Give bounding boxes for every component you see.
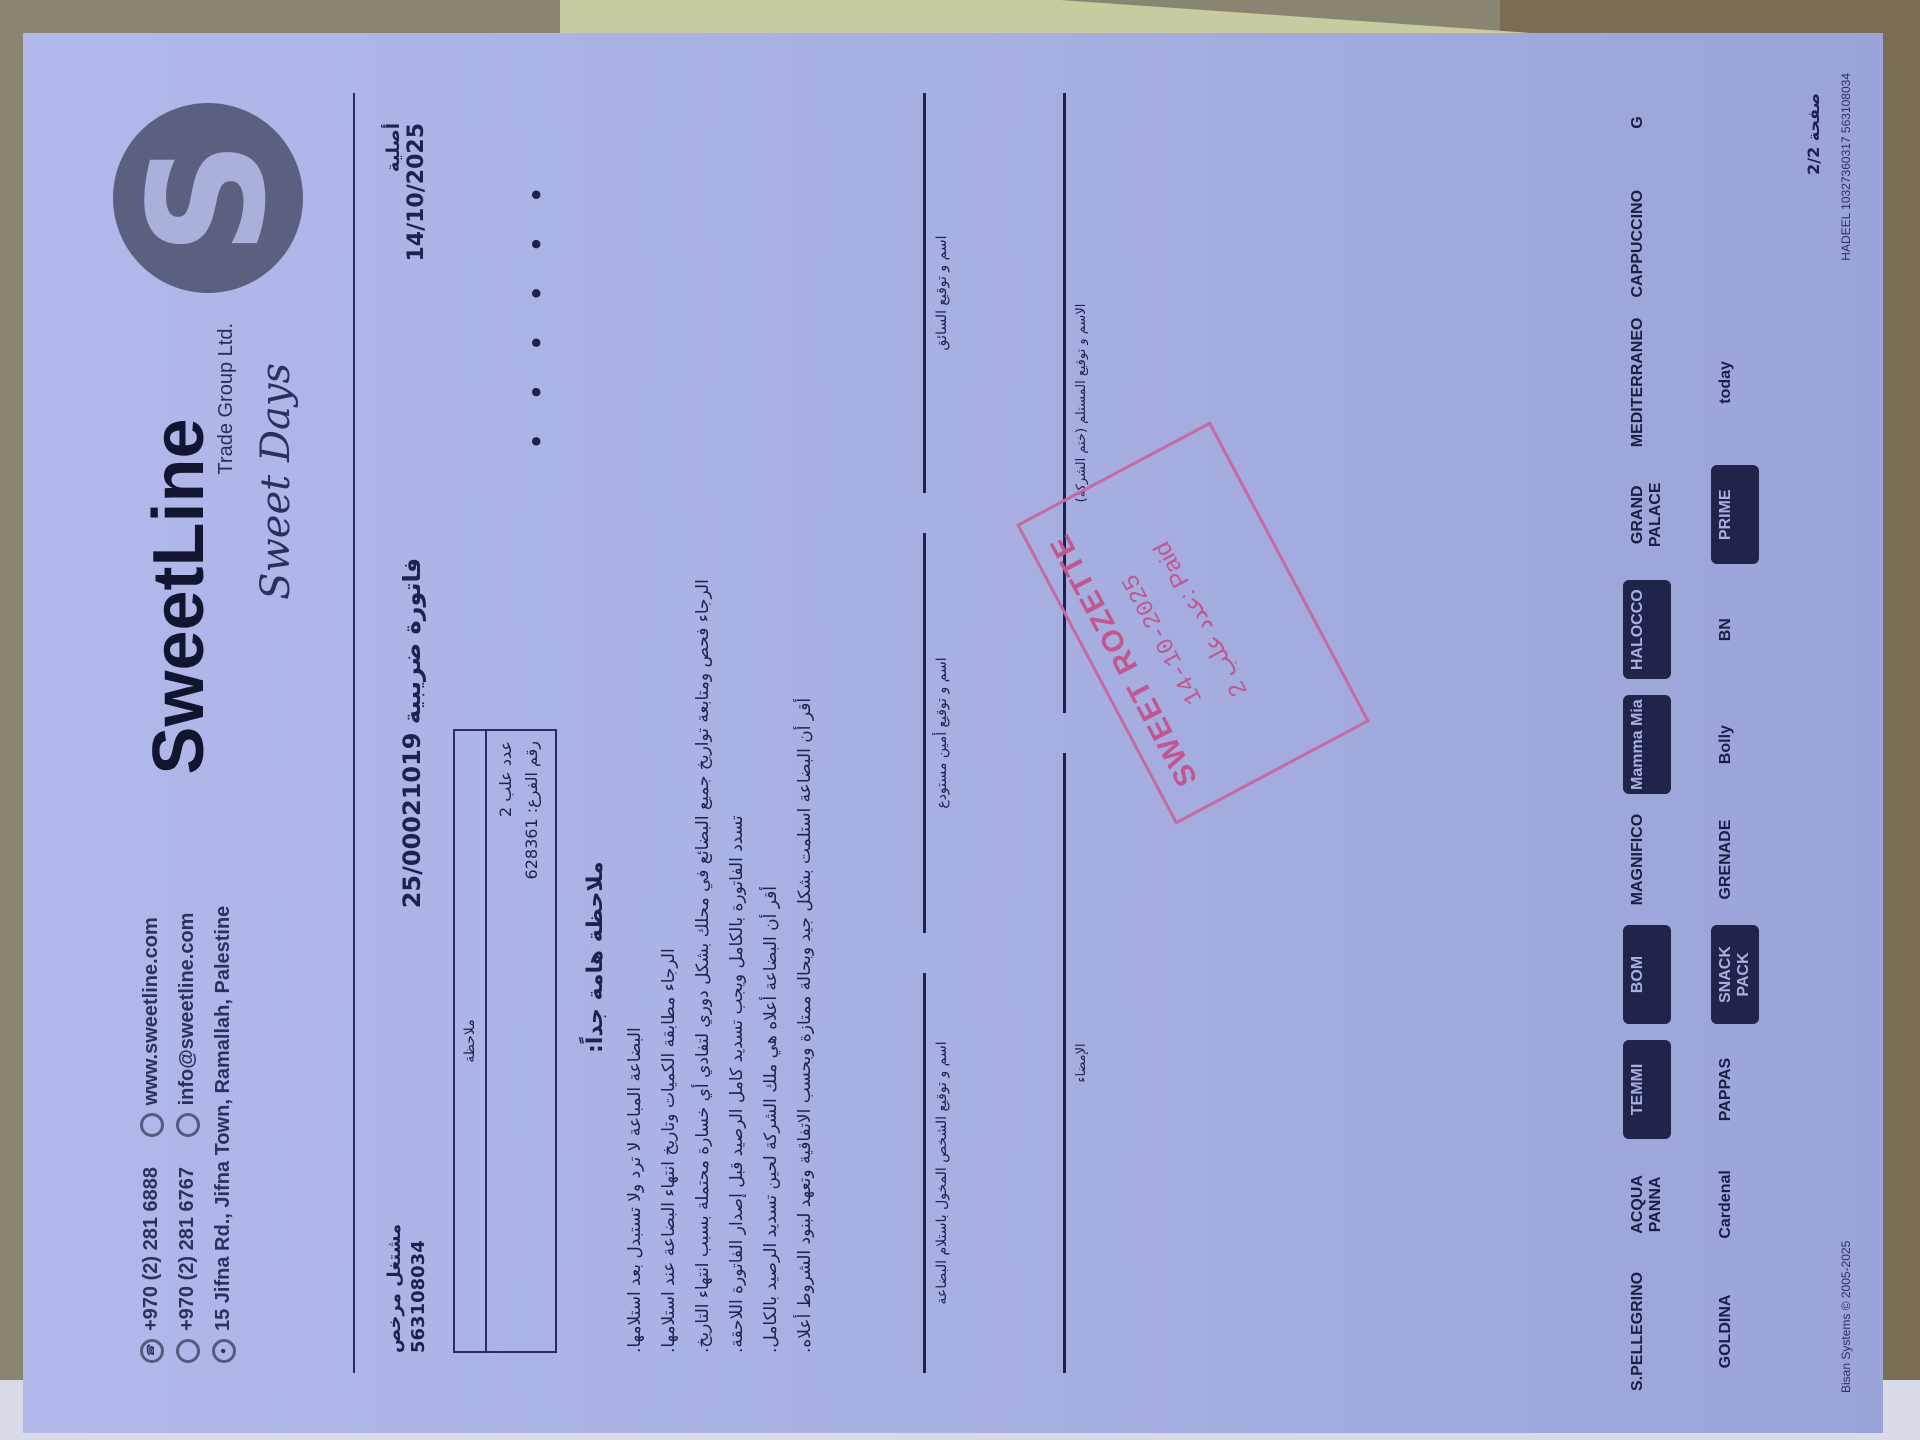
brand-logo: today — [1711, 316, 1759, 450]
note-header: ملاحظة — [455, 731, 487, 1351]
brand-logo: S.PELLEGRINO — [1623, 1270, 1671, 1393]
phone-primary: +970 (2) 281 6888 — [140, 1167, 162, 1331]
brand-logo: BN — [1711, 580, 1759, 679]
warehouse-signature: اسم و توقيع أمين مستودع — [923, 533, 950, 933]
brand-logo: PAPPAS — [1711, 1040, 1759, 1139]
invoice-page: SweetLine Trade Group Ltd. Sweet Days ☎+… — [23, 33, 1883, 1433]
brand-logo: CAPPUCCINO — [1623, 188, 1671, 300]
important-notice: ملاحظة هامة جداً: البضاعة المباعة لا ترد… — [583, 393, 822, 1353]
footer-reference: HADEEL 10327360317 563108034 — [1839, 73, 1853, 261]
driver-signature: اسم و توقيع السائق — [923, 93, 950, 493]
company-logo-icon — [113, 103, 303, 293]
notice-line: أقر أن البضاعة أعلاه هي ملك الشركة لحين … — [754, 393, 788, 1353]
invoice-number: 25/00021019 — [398, 733, 426, 909]
notice-title: ملاحظة هامة جداً: — [583, 393, 608, 1353]
contact-block: ☎+970 (2) 281 6888 www.sweetline.com +97… — [133, 882, 241, 1363]
location-pin-icon: ● — [212, 1339, 236, 1363]
receiver-signature: اسم و توقيع الشخص المخول باستلام البضاعة — [923, 973, 950, 1373]
brand-logo: SNACK PACK — [1711, 925, 1759, 1024]
note-line-2: رقم الفرع: 628361 — [519, 741, 545, 1341]
dotted-marker: •••••• — [523, 153, 551, 449]
brand-logo: GOLDINA — [1711, 1270, 1759, 1393]
brand-logo: Bolly — [1711, 695, 1759, 794]
signature-lines: اسم و توقيع السائق اسم و توقيع أمين مستو… — [923, 93, 950, 1373]
notice-line: تسدد الفاتورة بالكامل ويجب تسديد كامل ال… — [720, 393, 754, 1353]
header-divider — [353, 93, 355, 1373]
notice-line: الرجاء مطابقة الكميات وتاريخ انتهاء البض… — [652, 393, 686, 1353]
brand-logo: ACQUA PANNA — [1623, 1155, 1671, 1254]
company-brand: SweetLine Trade Group Ltd. — [143, 323, 238, 775]
page-footer: Bisan Systems © 2005-2025 HADEEL 1032736… — [1839, 73, 1853, 1393]
brand-logo: GRENADE — [1711, 810, 1759, 909]
signature-lines-2: الاسم و توقيع المستلم (ختم الشركة) الإمض… — [1063, 93, 1089, 1373]
notice-line: أقر أن البضاعة استلمت بشكل جيد وبحالة مم… — [788, 393, 822, 1353]
brand-logo: Mamma Mia — [1623, 695, 1671, 794]
handwritten-signature: Sweet Days — [253, 363, 299, 600]
fax-icon — [176, 1339, 200, 1363]
email-icon — [176, 1113, 200, 1137]
email: info@sweetline.com — [176, 913, 198, 1106]
brand-logo: G — [1623, 73, 1671, 172]
brand-logo: MEDITERRANEO — [1623, 316, 1671, 450]
brand-logo: Cardenal — [1711, 1155, 1759, 1254]
company-name: SweetLine — [143, 323, 215, 775]
phone-secondary: +970 (2) 281 6767 — [176, 1167, 198, 1331]
phone-icon: ☎ — [140, 1339, 164, 1363]
website: www.sweetline.com — [140, 917, 162, 1105]
brand-logo: BOM — [1623, 925, 1671, 1024]
footer-copyright: Bisan Systems © 2005-2025 — [1839, 1241, 1853, 1393]
customer-label: مشتغل مرخص — [383, 1224, 407, 1353]
brand-logo: TEMMI — [1623, 1040, 1671, 1139]
brand-logo: MAGNIFICO — [1623, 810, 1671, 909]
brand-logo: GRAND PALACE — [1623, 465, 1671, 564]
customer-block: مشتغل مرخص 563108034 — [383, 1224, 431, 1353]
notice-line: الرجاء فحص ومتابعة تواريخ جميع البضائع ف… — [686, 393, 720, 1353]
brand-logo: HALOCCO — [1623, 580, 1671, 679]
notice-line: البضاعة المباعة لا ترد ولا تستبدل بعد اس… — [618, 393, 652, 1353]
note-line-1: عدد علب 2 — [493, 741, 519, 1341]
company-subtitle: Trade Group Ltd. — [215, 323, 238, 475]
customer-number: 563108034 — [407, 1224, 431, 1353]
address: 15 Jifna Rd., Jifna Town, Ramallah, Pale… — [212, 906, 234, 1331]
page-number: صفحة 2/2 — [1804, 93, 1823, 175]
note-box: ملاحظة عدد علب 2 رقم الفرع: 628361 — [453, 729, 557, 1353]
brand-logo: PRIME — [1711, 465, 1759, 564]
invoice-label: فاتورة ضريبية — [398, 558, 426, 724]
signature-line: الإمضاء — [1063, 753, 1089, 1373]
brand-logo-strip: S.PELLEGRINOACQUA PANNATEMMIBOMMAGNIFICO… — [1623, 73, 1759, 1393]
globe-icon — [140, 1113, 164, 1137]
